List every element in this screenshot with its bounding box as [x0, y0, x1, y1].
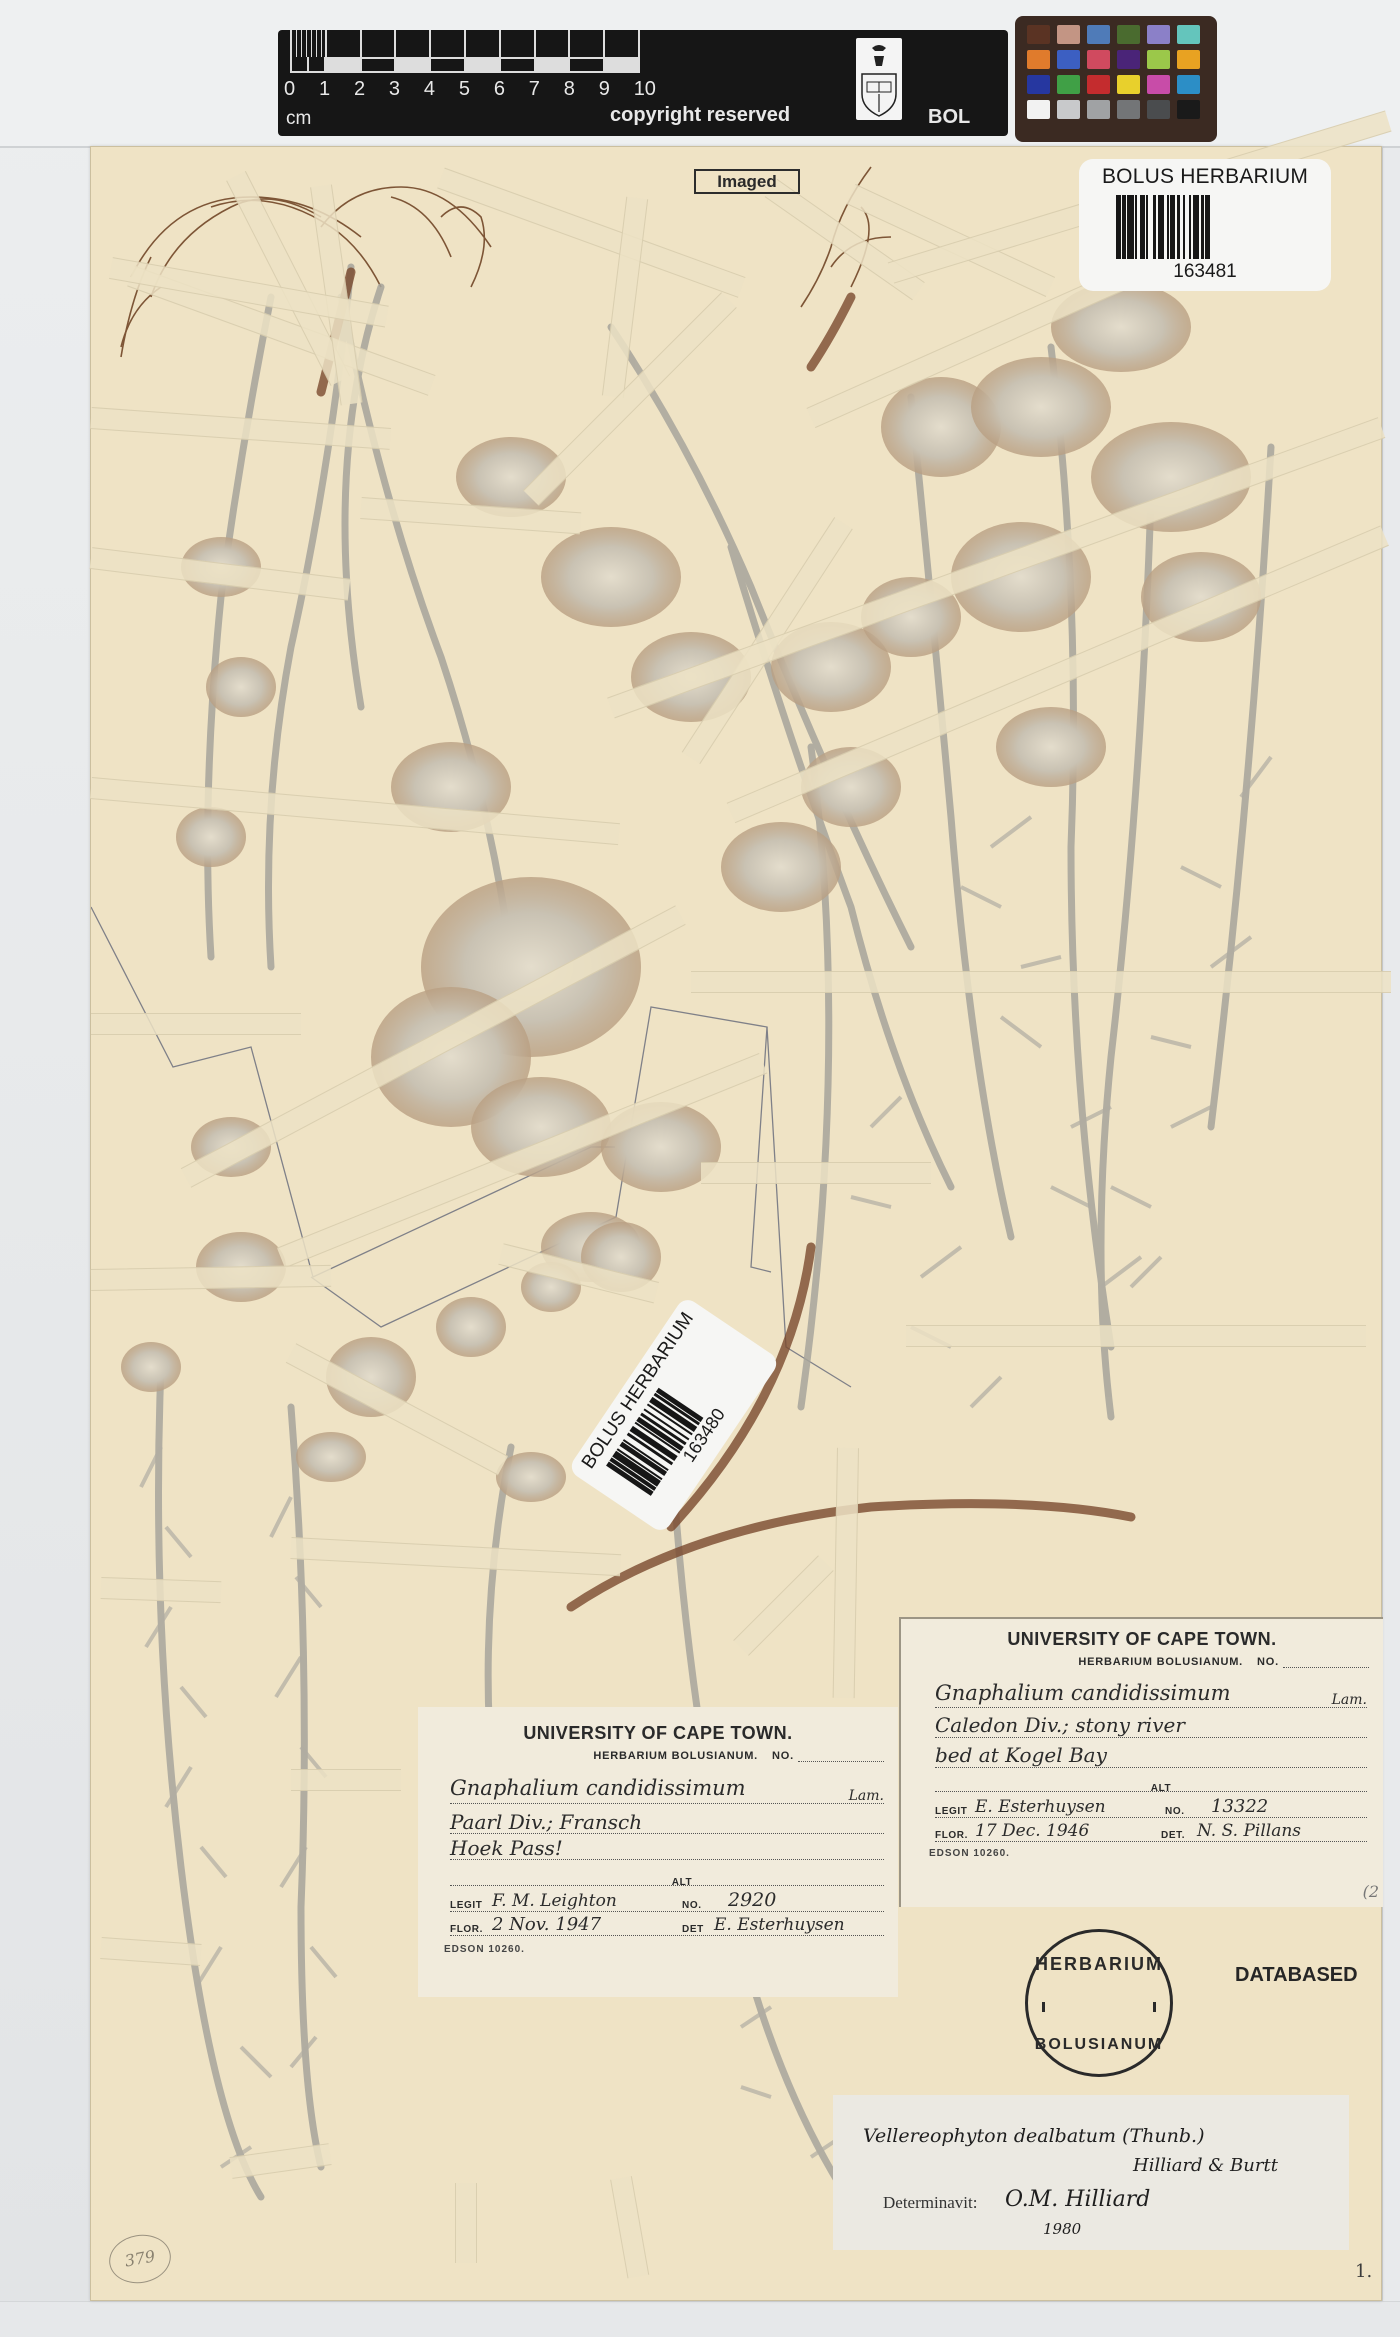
- label-herbarium: HERBARIUM BOLUSIANUM.: [1078, 1656, 1243, 1668]
- collection-label-left: UNIVERSITY OF CAPE TOWN. HERBARIUM BOLUS…: [418, 1707, 898, 1997]
- color-patch: [1117, 50, 1140, 69]
- label-flowering-date: 17 Dec. 1946: [975, 1821, 1161, 1841]
- determination-year: 1980: [1043, 2220, 1081, 2238]
- label-university: UNIVERSITY OF CAPE TOWN.: [418, 1723, 898, 1744]
- label-no-caption: NO.: [1257, 1656, 1279, 1668]
- label-collector-number: 13322: [1211, 1796, 1268, 1817]
- label-printer: EDSON 10260.: [444, 1944, 884, 1955]
- barcode-institution: BOLUS HERBARIUM: [1079, 165, 1331, 189]
- label-collector-number: 2920: [728, 1889, 776, 1911]
- barcode-number: 163481: [1079, 261, 1331, 283]
- color-patch: [1117, 25, 1140, 44]
- determination-slip: Vellereophyton dealbatum (Thunb.) Hillia…: [833, 2095, 1349, 2250]
- mounting-tape: [701, 1162, 931, 1184]
- color-patch: [1027, 25, 1050, 44]
- label-number-caption: NO.: [1165, 1806, 1211, 1817]
- label-determiner: N. S. Pillans: [1197, 1821, 1301, 1841]
- color-patch: [1177, 25, 1200, 44]
- herbarium-sheet: Imaged BOLUS HERBARIUM 163481 BOLUS HERB…: [90, 146, 1382, 2301]
- color-patch: [1087, 25, 1110, 44]
- label-flor-caption: FLOR.: [450, 1924, 492, 1935]
- mounting-tape: [833, 1448, 859, 1698]
- label-det-caption: DET: [682, 1924, 714, 1935]
- ruler-tick-label: 7: [529, 78, 540, 101]
- label-det-caption: DET.: [1161, 1830, 1197, 1841]
- label-herbarium: HERBARIUM BOLUSIANUM.: [593, 1750, 758, 1762]
- label-flor-caption: FLOR.: [935, 1830, 975, 1841]
- label-no-caption: NO.: [772, 1750, 794, 1762]
- color-patch: [1147, 50, 1170, 69]
- color-patch: [1057, 75, 1080, 94]
- label-legit-caption: LEGIT: [935, 1806, 975, 1817]
- copyright-text: copyright reserved: [610, 104, 790, 127]
- mounting-tape: [91, 1013, 301, 1035]
- label-legit-caption: LEGIT: [450, 1900, 492, 1911]
- herbarium-bolusianum-stamp: HERBARIUM BOLUSIANUM: [1025, 1929, 1173, 2077]
- label-taxon: Gnaphalium candidissimum: [935, 1668, 1367, 1708]
- label-locality-2: bed at Kogel Bay: [935, 1738, 1367, 1768]
- label-collector: F. M. Leighton: [492, 1891, 682, 1911]
- ruler-tick-label: 8: [564, 78, 575, 101]
- label-determiner: E. Esterhuysen: [714, 1915, 845, 1935]
- ruler-tick-label: 10: [634, 78, 656, 101]
- label-locality-1: Paarl Div.; Fransch: [450, 1804, 884, 1834]
- university-shield-icon: [856, 38, 902, 120]
- color-patch: [1177, 50, 1200, 69]
- color-patch: [1147, 25, 1170, 44]
- mounting-tape: [691, 971, 1391, 993]
- label-collector: E. Esterhuysen: [975, 1797, 1165, 1817]
- determined-taxon: Vellereophyton dealbatum (Thunb.): [863, 2125, 1205, 2147]
- determined-authors: Hilliard & Burtt: [1133, 2155, 1278, 2176]
- ruler-bars: [290, 30, 640, 73]
- ruler-unit: cm: [286, 108, 311, 130]
- color-patch: [1177, 100, 1200, 119]
- determinavit-caption: Determinavit:: [883, 2193, 977, 2213]
- ruler-tick-label: 5: [459, 78, 470, 101]
- color-patch: [1057, 50, 1080, 69]
- sheet-number: 1.: [1355, 2261, 1372, 2282]
- label-printer: EDSON 10260.: [929, 1848, 1367, 1859]
- color-patch: [1087, 50, 1110, 69]
- barcode-label-163481: BOLUS HERBARIUM 163481: [1079, 159, 1331, 291]
- ruler-tick-label: 0: [284, 78, 295, 101]
- color-patch: [1057, 25, 1080, 44]
- light-box-bottom: [0, 2301, 1400, 2337]
- color-patch: [1147, 75, 1170, 94]
- label-margin-note: (2: [1363, 1882, 1379, 1901]
- collection-label-right: UNIVERSITY OF CAPE TOWN. HERBARIUM BOLUS…: [899, 1617, 1383, 1907]
- ruler-tick-label: 4: [424, 78, 435, 101]
- color-patch: [1057, 100, 1080, 119]
- scale-ruler: 0 1 2 3 4 5 6 7 8 9 10 cm copyright rese…: [278, 30, 1008, 136]
- label-locality-1: Caledon Div.; stony river: [935, 1708, 1367, 1738]
- stamp-top-text: HERBARIUM: [1028, 1954, 1170, 1975]
- mounting-tape: [101, 1577, 222, 1603]
- ruler-tick-label: 6: [494, 78, 505, 101]
- label-number-caption: NO.: [682, 1900, 728, 1911]
- ruler-tick-label: 3: [389, 78, 400, 101]
- color-patch: [1087, 100, 1110, 119]
- specimen-photo: 0 1 2 3 4 5 6 7 8 9 10 cm copyright rese…: [0, 0, 1400, 2337]
- mounting-tape: [455, 2183, 477, 2263]
- determiner-signature: O.M. Hilliard: [1005, 2187, 1150, 2212]
- color-patch: [1027, 75, 1050, 94]
- ruler-numbers: 0 1 2 3 4 5 6 7 8 9 10: [284, 78, 656, 101]
- label-locality-2: Hoek Pass!: [450, 1834, 884, 1860]
- imaged-stamp: Imaged: [694, 169, 800, 194]
- color-patch: [1117, 75, 1140, 94]
- ruler-tick-label: 2: [354, 78, 365, 101]
- color-patch: [1027, 50, 1050, 69]
- mounting-tape: [291, 1769, 401, 1791]
- barcode-icon: [1116, 195, 1294, 259]
- color-patch: [1147, 100, 1170, 119]
- color-checker-card: [1015, 16, 1217, 142]
- mounting-tape: [91, 1265, 331, 1291]
- databased-stamp: DATABASED: [1235, 1964, 1358, 1987]
- light-box-right: [1382, 148, 1400, 2337]
- mounting-tape: [906, 1325, 1366, 1347]
- color-patch: [1177, 75, 1200, 94]
- stamp-bottom-text: BOLUSIANUM: [1028, 2036, 1170, 2054]
- institution-code: BOL: [928, 106, 970, 129]
- label-university: UNIVERSITY OF CAPE TOWN.: [901, 1629, 1383, 1650]
- ruler-tick-label: 9: [599, 78, 610, 101]
- label-taxon: Gnaphalium candidissimum: [450, 1762, 884, 1804]
- ruler-tick-label: 1: [319, 78, 330, 101]
- color-patch: [1087, 75, 1110, 94]
- label-flowering-date: 2 Nov. 1947: [492, 1914, 682, 1935]
- color-patch: [1117, 100, 1140, 119]
- color-patch: [1027, 100, 1050, 119]
